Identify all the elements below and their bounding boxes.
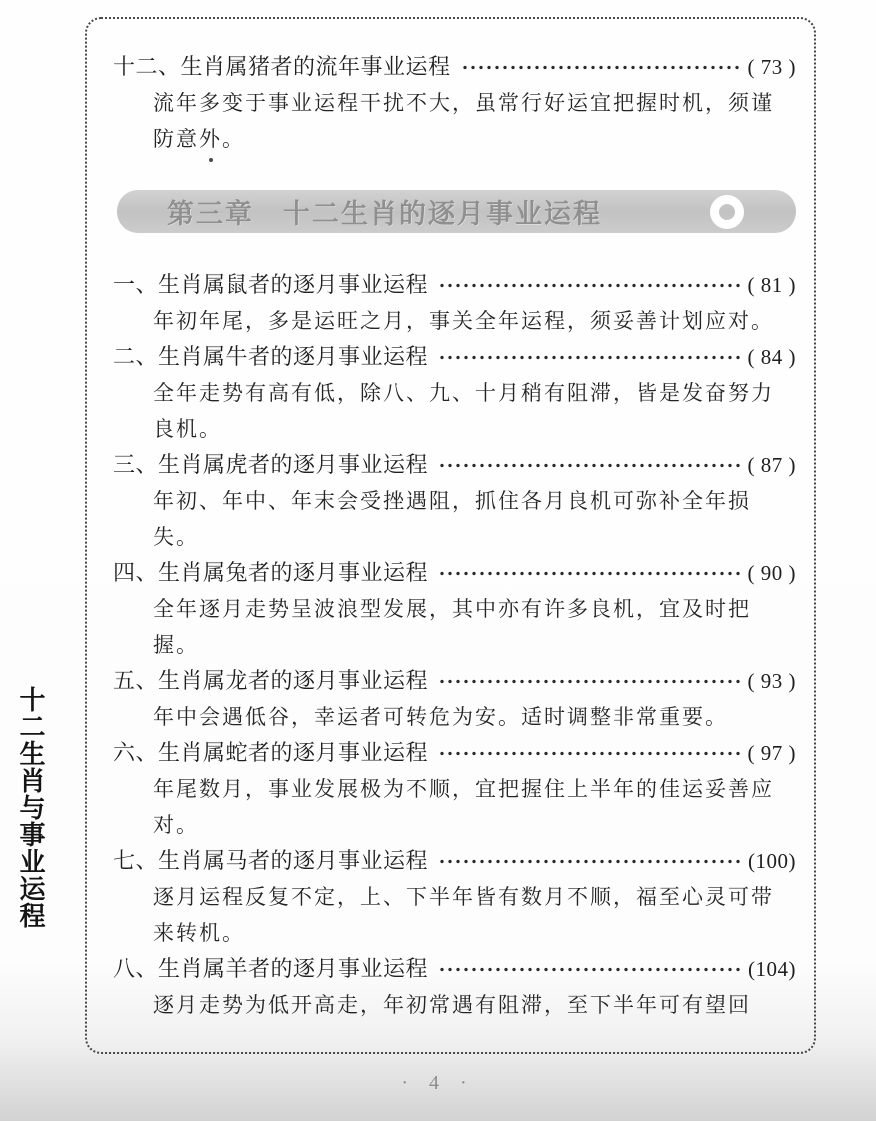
toc-entry-title: 十二、生肖属猪者的流年事业运程 — [113, 49, 451, 85]
toc-entry-title: 七、生肖属马者的逐月事业运程 — [113, 843, 428, 879]
toc-entry: 二、生肖属牛者的逐月事业运程 ( 84 ) 全年走势有高有低，除八、九、十月稍有… — [113, 339, 796, 447]
toc-entry-line: 八、生肖属羊者的逐月事业运程 (104) — [113, 951, 796, 987]
dotted-leader — [438, 858, 740, 865]
dotted-leader — [438, 678, 739, 685]
toc-entry-page: (104) — [748, 951, 796, 987]
toc-entry-line: 六、生肖属蛇者的逐月事业运程 ( 97 ) — [113, 735, 796, 771]
book-spine-title: 十二生肖与事业运程 — [12, 686, 49, 929]
toc-entry-title: 四、生肖属兔者的逐月事业运程 — [113, 555, 428, 591]
toc-entry-description: 逐月走势为低开高走，年初常遇有阻滞，至下半年可有望回 — [153, 987, 796, 1023]
toc-entry-description: 年中会遇低谷，幸运者可转危为安。适时调整非常重要。 — [153, 699, 796, 735]
dotted-leader — [438, 966, 740, 973]
dotted-leader — [438, 282, 739, 289]
dotted-leader — [438, 750, 739, 757]
dotted-leader — [438, 462, 739, 469]
dotted-leader — [438, 354, 739, 361]
toc-entry-title: 一、生肖属鼠者的逐月事业运程 — [113, 267, 428, 303]
toc-entry-line: 五、生肖属龙者的逐月事业运程 ( 93 ) — [113, 663, 796, 699]
toc-entry-page: (100) — [748, 843, 796, 879]
toc-entry-page: ( 73 ) — [748, 49, 797, 85]
toc-entry-prev-chapter: 十二、生肖属猪者的流年事业运程 ( 73 ) 流年多变于事业运程干扰不大，虽常行… — [113, 49, 796, 157]
toc-entry-title: 二、生肖属牛者的逐月事业运程 — [113, 339, 428, 375]
toc-entry-title: 五、生肖属龙者的逐月事业运程 — [113, 663, 428, 699]
toc-entry-page: ( 84 ) — [748, 339, 797, 375]
scanned-book-page: 十二生肖与事业运程 十二、生肖属猪者的流年事业运程 ( 73 ) 流年多变于事业… — [0, 0, 876, 1121]
toc-entry-line: 二、生肖属牛者的逐月事业运程 ( 84 ) — [113, 339, 796, 375]
toc-entry-description: 全年逐月走势呈波浪型发展，其中亦有许多良机，宜及时把 握。 — [153, 591, 796, 663]
chapter-heading-banner: 第三章 十二生肖的逐月事业运程 — [117, 190, 796, 233]
toc-entry-description: 年尾数月，事业发展极为不顺，宜把握住上半年的佳运妥善应 对。 — [153, 771, 796, 843]
ring-icon — [710, 195, 744, 229]
toc-entry: 五、生肖属龙者的逐月事业运程 ( 93 ) 年中会遇低谷，幸运者可转危为安。适时… — [113, 663, 796, 735]
dotted-border-frame: 十二、生肖属猪者的流年事业运程 ( 73 ) 流年多变于事业运程干扰不大，虽常行… — [85, 17, 816, 1054]
toc-entry-description: 逐月运程反复不定，上、下半年皆有数月不顺，福至心灵可带 来转机。 — [153, 879, 796, 951]
toc-entry-title: 八、生肖属羊者的逐月事业运程 — [113, 951, 428, 987]
toc-entry-description: 全年走势有高有低，除八、九、十月稍有阻滞，皆是发奋努力 良机。 — [153, 375, 796, 447]
toc-entry: 四、生肖属兔者的逐月事业运程 ( 90 ) 全年逐月走势呈波浪型发展，其中亦有许… — [113, 555, 796, 663]
toc-entry-page: ( 81 ) — [748, 267, 797, 303]
toc-entry-description: 流年多变于事业运程干扰不大，虽常行好运宜把握时机，须谨 防意外。 — [153, 85, 796, 157]
toc-entry-title: 三、生肖属虎者的逐月事业运程 — [113, 447, 428, 483]
toc-entry-page: ( 90 ) — [748, 555, 797, 591]
toc-entry-page: ( 87 ) — [748, 447, 797, 483]
page-number: · 4 · — [0, 1072, 876, 1095]
stray-print-mark — [209, 158, 213, 162]
toc-entry: 八、生肖属羊者的逐月事业运程 (104) 逐月走势为低开高走，年初常遇有阻滞，至… — [113, 951, 796, 1023]
toc-entry-line: 三、生肖属虎者的逐月事业运程 ( 87 ) — [113, 447, 796, 483]
chapter-heading-title: 第三章 十二生肖的逐月事业运程 — [167, 192, 602, 231]
toc-entry-page: ( 93 ) — [748, 663, 797, 699]
toc-entry-description: 年初、年中、年末会受挫遇阻，抓住各月良机可弥补全年损 失。 — [153, 483, 796, 555]
toc-entry-title: 六、生肖属蛇者的逐月事业运程 — [113, 735, 428, 771]
toc-entry-line: 七、生肖属马者的逐月事业运程 (100) — [113, 843, 796, 879]
dotted-leader — [461, 64, 740, 71]
toc-entry-line: 一、生肖属鼠者的逐月事业运程 ( 81 ) — [113, 267, 796, 303]
dotted-leader — [438, 570, 739, 577]
toc-entry-line: 十二、生肖属猪者的流年事业运程 ( 73 ) — [113, 49, 796, 85]
toc-entry-line: 四、生肖属兔者的逐月事业运程 ( 90 ) — [113, 555, 796, 591]
toc-entry: 三、生肖属虎者的逐月事业运程 ( 87 ) 年初、年中、年末会受挫遇阻，抓住各月… — [113, 447, 796, 555]
toc-entry-description: 年初年尾，多是运旺之月，事关全年运程，须妥善计划应对。 — [153, 303, 796, 339]
toc-entry: 七、生肖属马者的逐月事业运程 (100) 逐月运程反复不定，上、下半年皆有数月不… — [113, 843, 796, 951]
toc-entry: 六、生肖属蛇者的逐月事业运程 ( 97 ) 年尾数月，事业发展极为不顺，宜把握住… — [113, 735, 796, 843]
toc-entry-page: ( 97 ) — [748, 735, 797, 771]
toc-entry: 一、生肖属鼠者的逐月事业运程 ( 81 ) 年初年尾，多是运旺之月，事关全年运程… — [113, 267, 796, 339]
